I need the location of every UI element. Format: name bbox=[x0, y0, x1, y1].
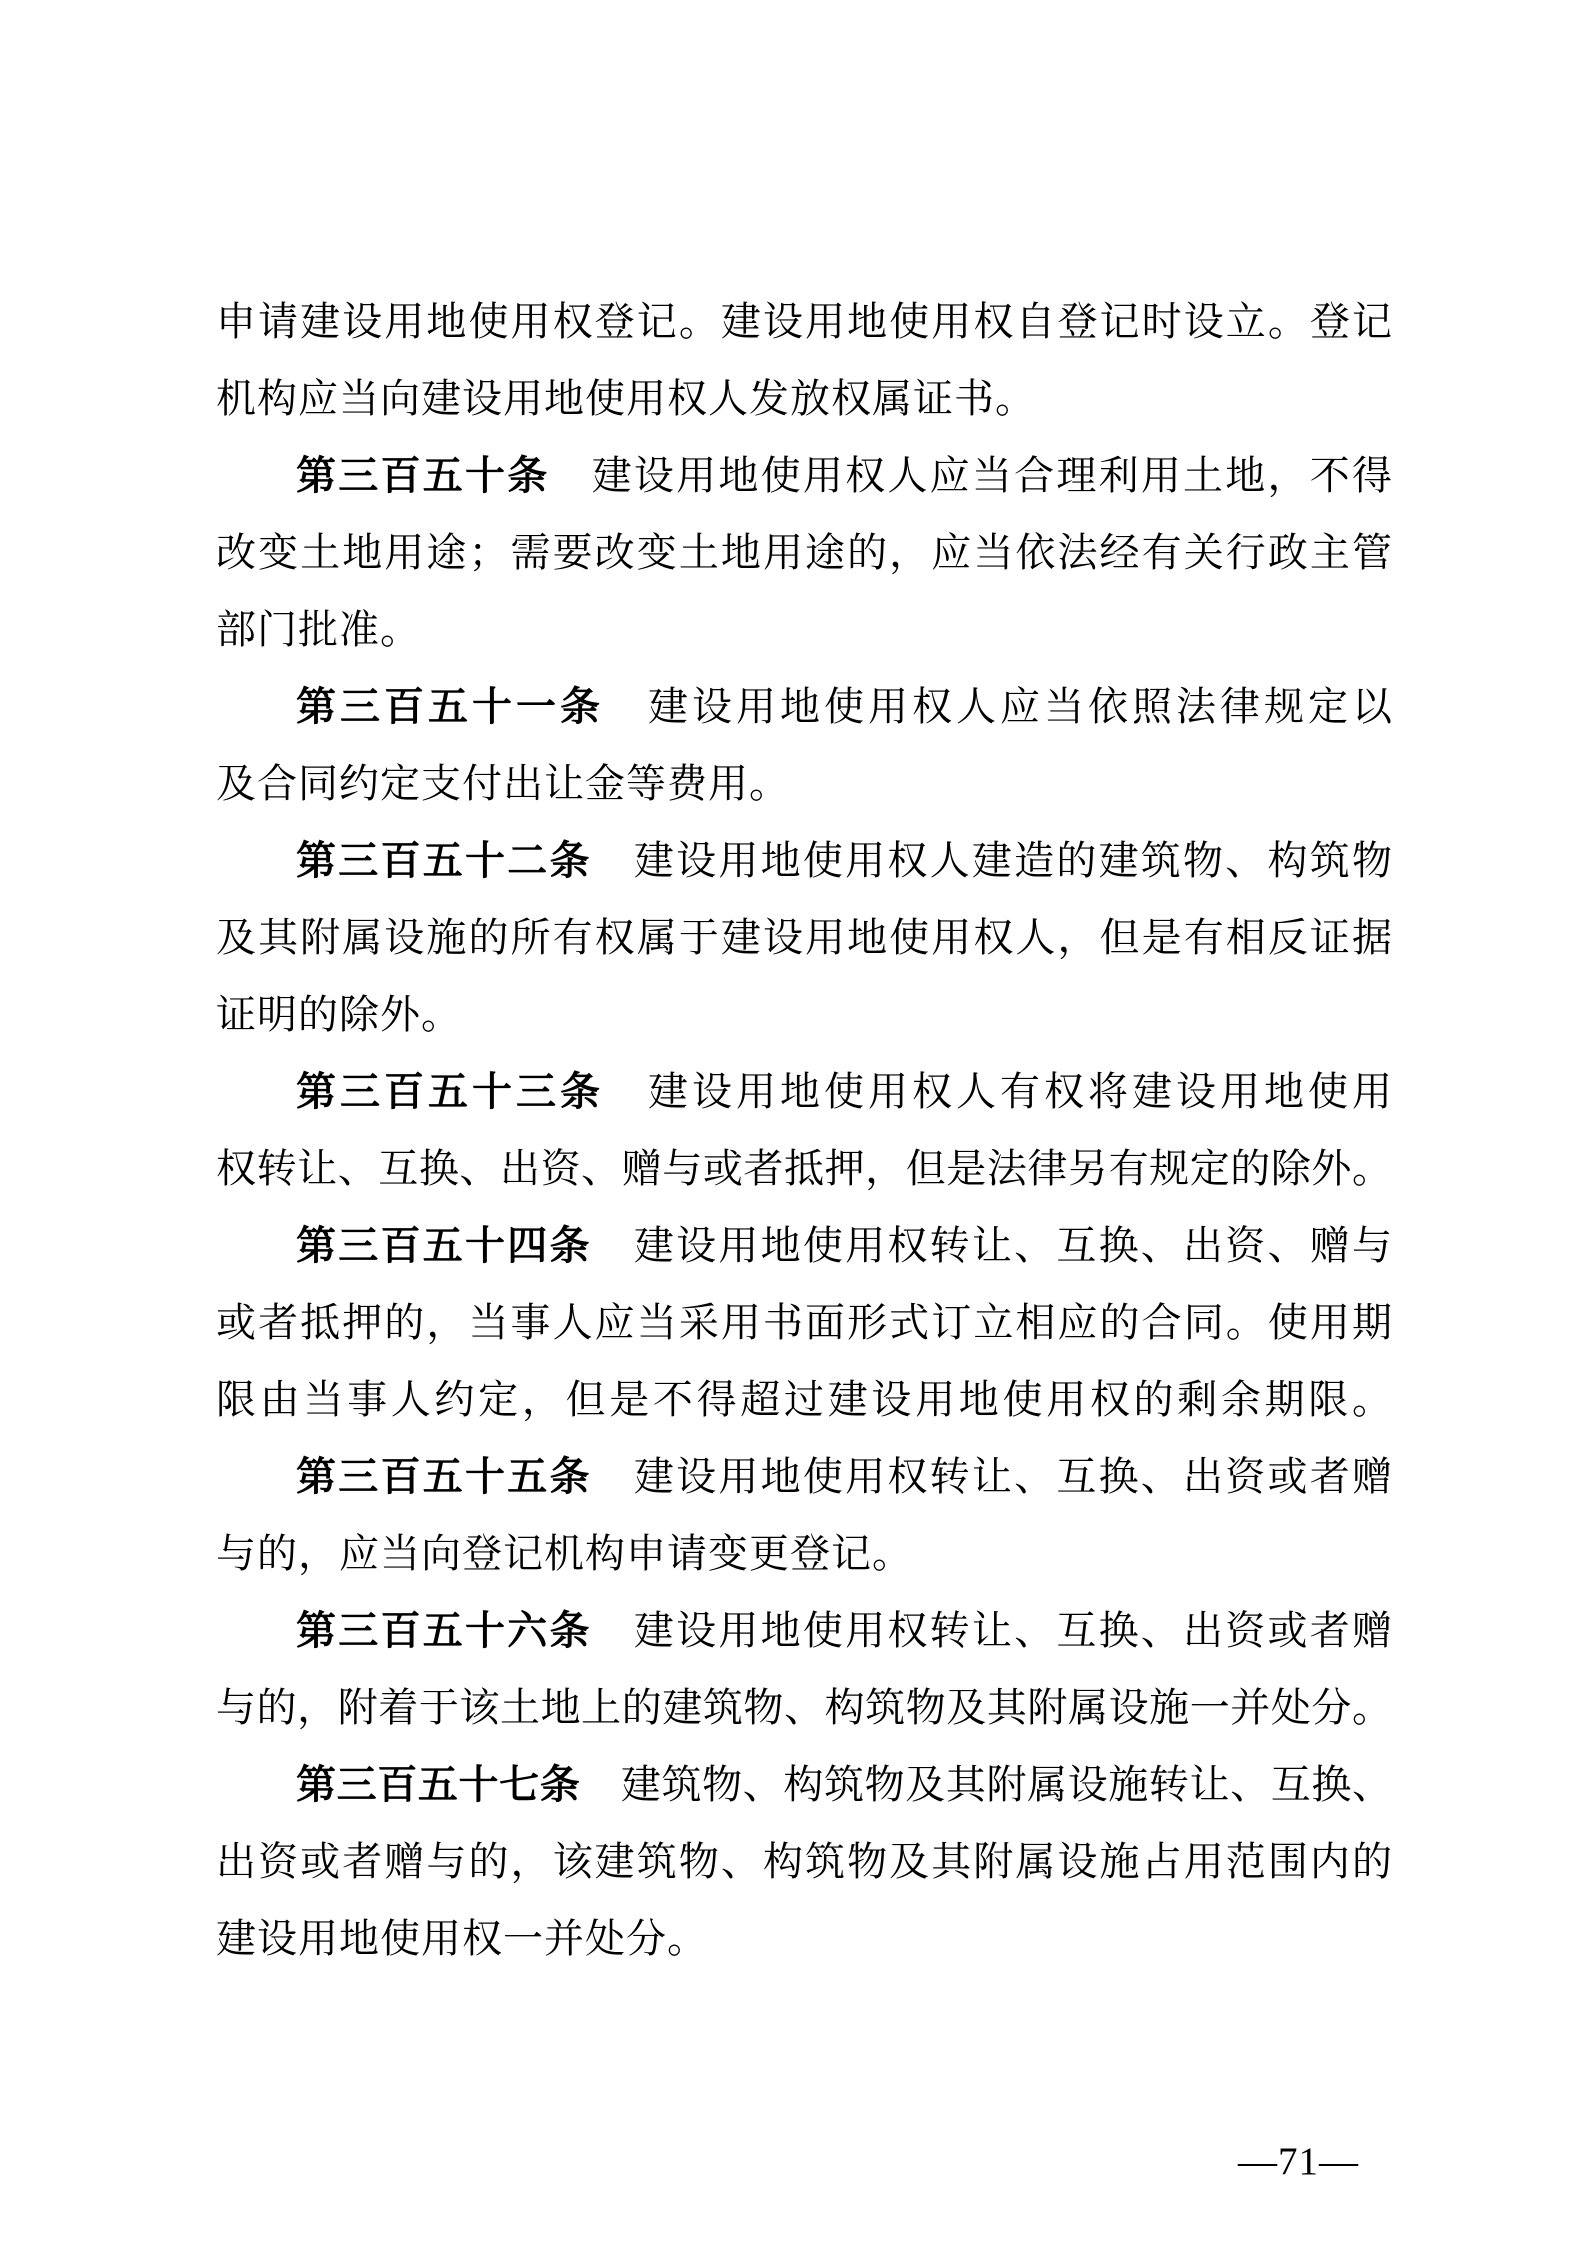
line-text: 出资或者赠与的，该建筑物、构筑物及其附属设施占用范围内的 bbox=[216, 1839, 1392, 1884]
line-text: 及其附属设施的所有权属于建设用地使用权人，但是有相反证据 bbox=[216, 915, 1392, 960]
text-line: 第三百五十条 建设用地使用权人应当合理利用土地，不得 bbox=[216, 437, 1392, 514]
document-text: 申请建设用地使用权登记。建设用地使用权自登记时设立。登记 机构应当向建设用地使用… bbox=[216, 283, 1392, 1977]
line-text: 建设用地使用权人有权将建设用地使用 bbox=[604, 1069, 1392, 1114]
text-line: 机构应当向建设用地使用权人发放权属证书。 bbox=[216, 360, 1392, 437]
text-line: 申请建设用地使用权登记。建设用地使用权自登记时设立。登记 bbox=[216, 283, 1392, 360]
line-text: 或者抵押的，当事人应当采用书面形式订立相应的合同。使用期 bbox=[216, 1300, 1392, 1345]
document-page: 申请建设用地使用权登记。建设用地使用权自登记时设立。登记 机构应当向建设用地使用… bbox=[0, 0, 1587, 2245]
text-line: 第三百五十七条 建筑物、构筑物及其附属设施转让、互换、 bbox=[216, 1746, 1392, 1823]
text-line: 第三百五十一条 建设用地使用权人应当依照法律规定以 bbox=[216, 668, 1392, 745]
line-text: 建设用地使用权一并处分。 bbox=[216, 1916, 708, 1961]
text-line: 第三百五十五条 建设用地使用权转让、互换、出资或者赠 bbox=[216, 1438, 1392, 1515]
line-text: 建设用地使用权人建造的建筑物、构筑物 bbox=[592, 838, 1392, 883]
line-text: 建设用地使用权人应当合理利用土地，不得 bbox=[549, 453, 1392, 498]
line-text: 建设用地使用权转让、互换、出资或者赠 bbox=[592, 1608, 1392, 1653]
line-text: 证明的除外。 bbox=[216, 992, 462, 1037]
text-line: 部门批准。 bbox=[216, 591, 1392, 668]
line-text: 与的，附着于该土地上的建筑物、构筑物及其附属设施一并处分。 bbox=[216, 1685, 1392, 1730]
line-text: 申请建设用地使用权登记。建设用地使用权自登记时设立。登记 bbox=[216, 299, 1392, 344]
line-text: 建设用地使用权人应当依照法律规定以 bbox=[604, 684, 1392, 729]
line-text: 部门批准。 bbox=[216, 607, 421, 652]
line-text: 及合同约定支付出让金等费用。 bbox=[216, 761, 790, 806]
text-line: 及合同约定支付出让金等费用。 bbox=[216, 745, 1392, 822]
text-line: 与的，附着于该土地上的建筑物、构筑物及其附属设施一并处分。 bbox=[216, 1669, 1392, 1746]
page-number: —71— bbox=[1238, 2138, 1359, 2186]
article-number: 第三百五十五条 bbox=[296, 1455, 592, 1499]
text-line: 改变土地用途；需要改变土地用途的，应当依法经有关行政主管 bbox=[216, 514, 1392, 591]
text-line: 第三百五十四条 建设用地使用权转让、互换、出资、赠与 bbox=[216, 1207, 1392, 1284]
line-text: 机构应当向建设用地使用权人发放权属证书。 bbox=[216, 376, 1036, 421]
line-text: 限由当事人约定，但是不得超过建设用地使用权的剩余期限。 bbox=[216, 1377, 1392, 1422]
text-line: 建设用地使用权一并处分。 bbox=[216, 1900, 1392, 1977]
article-number: 第三百五十一条 bbox=[296, 685, 604, 729]
line-text: 改变土地用途；需要改变土地用途的，应当依法经有关行政主管 bbox=[216, 530, 1392, 575]
line-text: 权转让、互换、出资、赠与或者抵押，但是法律另有规定的除外。 bbox=[216, 1146, 1392, 1191]
text-line: 或者抵押的，当事人应当采用书面形式订立相应的合同。使用期 bbox=[216, 1284, 1392, 1361]
article-number: 第三百五十四条 bbox=[296, 1224, 592, 1268]
article-number: 第三百五十二条 bbox=[296, 839, 592, 883]
text-line: 第三百五十三条 建设用地使用权人有权将建设用地使用 bbox=[216, 1053, 1392, 1130]
text-line: 出资或者赠与的，该建筑物、构筑物及其附属设施占用范围内的 bbox=[216, 1823, 1392, 1900]
text-line: 第三百五十六条 建设用地使用权转让、互换、出资或者赠 bbox=[216, 1592, 1392, 1669]
article-number: 第三百五十条 bbox=[296, 454, 549, 498]
text-line: 限由当事人约定，但是不得超过建设用地使用权的剩余期限。 bbox=[216, 1361, 1392, 1438]
text-line: 与的，应当向登记机构申请变更登记。 bbox=[216, 1515, 1392, 1592]
article-number: 第三百五十六条 bbox=[296, 1609, 592, 1653]
text-line: 第三百五十二条 建设用地使用权人建造的建筑物、构筑物 bbox=[216, 822, 1392, 899]
line-text: 建设用地使用权转让、互换、出资或者赠 bbox=[592, 1454, 1392, 1499]
text-line: 及其附属设施的所有权属于建设用地使用权人，但是有相反证据 bbox=[216, 899, 1392, 976]
line-text: 建筑物、构筑物及其附属设施转让、互换、 bbox=[580, 1762, 1392, 1807]
article-number: 第三百五十三条 bbox=[296, 1070, 604, 1114]
article-number: 第三百五十七条 bbox=[296, 1763, 580, 1807]
text-line: 权转让、互换、出资、赠与或者抵押，但是法律另有规定的除外。 bbox=[216, 1130, 1392, 1207]
text-line: 证明的除外。 bbox=[216, 976, 1392, 1053]
line-text: 与的，应当向登记机构申请变更登记。 bbox=[216, 1531, 913, 1576]
line-text: 建设用地使用权转让、互换、出资、赠与 bbox=[592, 1223, 1392, 1268]
